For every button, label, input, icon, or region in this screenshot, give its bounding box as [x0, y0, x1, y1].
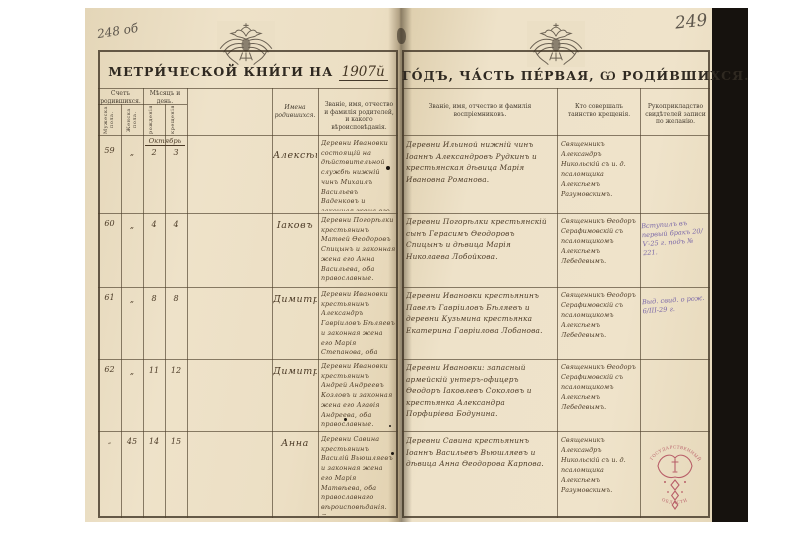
row-count-male: „	[98, 438, 121, 445]
row-godparents: Деревни Погорѣлки крестьянскій сынъ Гера…	[406, 216, 553, 285]
marginal-note-certificate: Выд. свид. о рож. 6/ІІІ-29 г.	[642, 294, 709, 338]
row-clergy: Священникъ Ѳеодоръ Серафимовскій съ псал…	[561, 290, 638, 357]
header-date-group: Мѣсяцъ и день.	[143, 90, 187, 105]
row-count-female: 45	[121, 437, 143, 446]
title-year-handwritten: 1907й	[339, 64, 388, 81]
header-count-female: Женска пола.	[126, 106, 140, 134]
row-date-baptized: 12	[165, 366, 187, 375]
row-count-female: „	[121, 221, 143, 230]
header-godparents: Званіе, имя, отчество и фамилія воспріем…	[410, 103, 550, 118]
header-clergy: Кто совершалъ таинство крещенія.	[561, 103, 637, 118]
row-parents: Деревни Ивановки крестьянинъ Александръ …	[321, 290, 396, 357]
row-name: Димитрій	[273, 366, 317, 377]
row-date-born: 14	[143, 437, 165, 446]
title-printed-right: ГО́ДЪ, ЧА́СТЬ ПЕ́РВАЯ, Ѡ РОДИ́ВШИХСЯ.	[402, 68, 749, 83]
row-date-baptized: 3	[165, 148, 187, 157]
header-parents: Званіе, имя, отчество и фамилія родителе…	[322, 101, 396, 131]
book-edge	[712, 8, 748, 522]
row-date-baptized: 4	[165, 220, 187, 229]
row-clergy: Священникъ Александръ Никольскій съ и. д…	[561, 139, 638, 211]
grid-line	[318, 88, 319, 518]
row-parents: Деревни Ивановки крестьянинъ Андрей Андр…	[321, 362, 396, 429]
row-parents: Деревни Савина крестьянинъ Василій Вьюшл…	[321, 435, 396, 515]
ink-speck	[389, 425, 391, 427]
row-godparents: Деревни Савина крестьянинъ Іоаннъ Василь…	[406, 435, 553, 515]
ink-speck	[386, 166, 390, 170]
row-count-female: „	[121, 148, 143, 157]
header-date-baptized: крещенія.	[170, 106, 184, 134]
page-title-right: ГО́ДЪ, ЧА́СТЬ ПЕ́РВАЯ, Ѡ РОДИ́ВШИХСЯ.	[402, 68, 710, 84]
grid-line	[187, 88, 188, 518]
row-count-male: 62	[98, 365, 121, 374]
row-name: Іаковъ	[273, 220, 317, 231]
row-name: Димитрій	[273, 294, 317, 305]
row-parents: Деревни Ивановки состоящій на дѣйствител…	[321, 139, 396, 211]
row-count-male: 60	[98, 219, 121, 228]
grid-line	[402, 135, 710, 136]
grid-line	[402, 359, 710, 360]
row-date-baptized: 15	[165, 437, 187, 446]
right-page-number: 249	[674, 10, 708, 33]
archive-stamp: ГОСУДАРСТВЕННЫЙ АРХИВ ОБЛАСТИ	[643, 430, 707, 516]
row-name: Алексѣй	[273, 150, 317, 161]
row-date-born: 11	[143, 366, 165, 375]
row-date-born: 8	[143, 294, 165, 303]
row-clergy: Священникъ Ѳеодоръ Серафимовскій съ псал…	[561, 362, 638, 429]
header-count-group: Счетъ родившихся.	[98, 90, 143, 105]
header-date-born: рожденія.	[148, 106, 162, 134]
svg-text:ГОСУДАРСТВЕННЫЙ АРХИВ: ГОСУДАРСТВЕННЫЙ АРХИВ	[643, 430, 702, 462]
page-title-left: МЕТРИ́ЧЕСКОЙ КНИ́ГИ НА 1907й	[98, 64, 398, 80]
row-date-born: 2	[143, 148, 165, 157]
grid-line	[165, 104, 166, 518]
grid-line	[121, 104, 122, 518]
grid-line	[402, 213, 710, 214]
row-parents: Деревни Погорѣлки крестьянинъ Матѳей Ѳео…	[321, 216, 396, 285]
marginal-note-marriage: Вступилъ въ первый бракъ 20/Ѵ-25 г. подъ…	[641, 218, 709, 284]
row-godparents: Деревни Ильиной нижній чинъ Іоаннъ Алекс…	[406, 139, 553, 211]
row-count-female: „	[121, 367, 143, 376]
row-count-male: 61	[98, 293, 121, 302]
grid-line	[402, 287, 710, 288]
title-printed-left: МЕТРИ́ЧЕСКОЙ КНИ́ГИ НА	[108, 64, 333, 79]
header-names: Имена родившихся.	[274, 104, 316, 119]
header-count-male: Мужеска пола.	[103, 106, 117, 134]
row-godparents: Деревни Ивановки: запасный армейскій унт…	[406, 362, 553, 429]
ink-speck	[344, 418, 347, 421]
row-name: Анна	[273, 438, 317, 449]
scanned-metrical-book: 248 об 249 МЕТРИ́ЧЕСКОЙ КНИ́ГИ НА 1907й …	[0, 0, 800, 533]
grid-line	[402, 88, 710, 89]
header-signatures: Рукоприкладство свидѣтелей записи по жел…	[643, 103, 708, 126]
grid-line	[557, 88, 558, 518]
row-count-female: „	[121, 295, 143, 304]
row-godparents: Деревни Ивановки крестьянинъ Павелъ Гавр…	[406, 290, 553, 357]
row-date-baptized: 8	[165, 294, 187, 303]
page-curl-shadow	[397, 28, 406, 44]
stamp-text-top: ГОСУДАРСТВЕННЫЙ АРХИВ	[643, 430, 702, 462]
month-label: Октябрь	[145, 137, 185, 146]
book-scan: 248 об 249 МЕТРИ́ЧЕСКОЙ КНИ́ГИ НА 1907й …	[85, 8, 748, 522]
ink-speck	[391, 452, 394, 455]
row-clergy: Священникъ Александръ Никольскій съ и. д…	[561, 435, 638, 515]
row-count-male: 59	[98, 146, 121, 155]
row-date-born: 4	[143, 220, 165, 229]
grid-line	[640, 88, 641, 518]
row-clergy: Священникъ Ѳеодоръ Серафимовскій съ псал…	[561, 216, 638, 285]
